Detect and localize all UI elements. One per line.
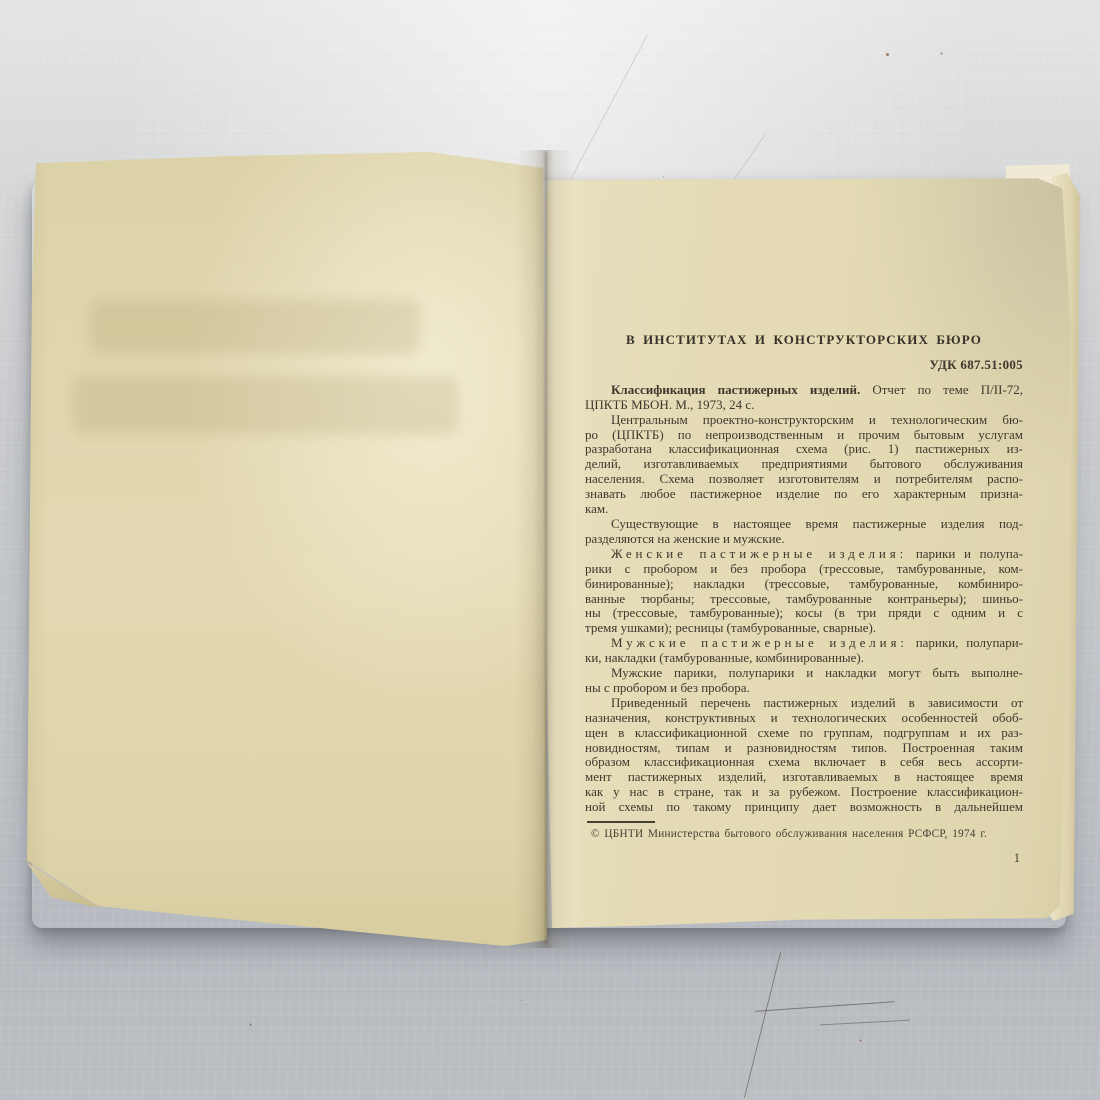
text-line: рики с пробором и без пробора (трессовые… [585,562,1023,577]
text-line: Центральным проектно-конструкторским и т… [585,413,1023,428]
copyright-line: © ЦБНТИ Министерства бытового обслуживан… [585,827,1023,842]
text-line: ки, накладки (тамбурованные, комбинирова… [585,651,1023,666]
text-line: тремя ушками); ресницы (тамбурованные, с… [585,621,1023,636]
text-line: ной схемы по такому принципу дает возмож… [585,800,1023,815]
text-line: ро (ЦПКТБ) по непроизводственным и прочи… [585,428,1023,443]
paragraph: Мужские пастижерные изделия: парики, пол… [585,636,1023,666]
paragraph: Центральным проектно-конструкторским и т… [585,413,1023,517]
text-line: знавать любое пастижерное изделие по его… [585,487,1023,502]
show-through-text-smudge [73,376,458,434]
surface-scratch [820,1020,910,1026]
text-line: ванные тюрбаны; трессовые, тамбурованные… [585,592,1023,607]
paragraph: Женские пастижерные изделия: парики и по… [585,547,1023,636]
text-line: ЦПКТБ МБОН. М., 1973, 24 с. [585,398,1023,413]
paragraph: Классификация пастижерных изделий. Отчет… [585,383,1023,413]
text-line: Женские пастижерные изделия: парики и по… [585,547,1023,562]
right-page: В ИНСТИТУТАХ И КОНСТРУКТОРСКИХ БЮРО УДК … [543,170,1075,928]
section-header: В ИНСТИТУТАХ И КОНСТРУКТОРСКИХ БЮРО [585,333,1023,348]
text-line: Классификация пастижерных изделий. Отчет… [585,383,1023,398]
left-page [18,148,548,948]
page-number: 1 [585,851,1023,866]
text-line: Приведенный перечень пастижерных изделий… [585,696,1023,711]
udk-number: УДК 687.51:005 [585,358,1023,373]
photo-surface: В ИНСТИТУТАХ И КОНСТРУКТОРСКИХ БЮРО УДК … [0,0,1100,1100]
show-through-text-smudge [90,300,420,354]
copyright-rule [587,821,655,823]
text-line: разработана классификационная схема (рис… [585,442,1023,457]
paragraph: Существующие в настоящее время пастижерн… [585,517,1023,547]
surface-specks [0,0,1,1]
text-line: разделяются на женские и мужские. [585,532,1023,547]
text-line: новидностям, типам и разновидностям типо… [585,741,1023,756]
paragraph: Мужские парики, полупарики и накладки мо… [585,666,1023,696]
text-line: как у нас в стране, так и за рубежом. По… [585,785,1023,800]
text-line: образом классификационная схема включает… [585,755,1023,770]
text-line: щен в классификационной схеме по группам… [585,726,1023,741]
text-line: назначения, конструктивных и технологиче… [585,711,1023,726]
surface-scratch [567,35,648,186]
text-line: Мужские парики, полупарики и накладки мо… [585,666,1023,681]
text-line: кам. [585,502,1023,517]
text-line: ны (трессовые, тамбурованные); косы (в т… [585,606,1023,621]
text-line: мент пастижерных изделий, изготавливаемы… [585,770,1023,785]
text-line: делий, изготавливаемых предприятиями быт… [585,457,1023,472]
text-line: бинированные); накладки (трессовые, тамб… [585,577,1023,592]
text-line: Существующие в настоящее время пастижерн… [585,517,1023,532]
text-line: населения. Схема позволяет изготовителям… [585,472,1023,487]
page-text-column: В ИНСТИТУТАХ И КОНСТРУКТОРСКИХ БЮРО УДК … [585,333,1023,866]
text-line: Мужские пастижерные изделия: парики, пол… [585,636,1023,651]
surface-scratch [755,1001,895,1012]
paragraph: Приведенный перечень пастижерных изделий… [585,696,1023,815]
paragraph-block: Классификация пастижерных изделий. Отчет… [585,383,1023,815]
text-line: ны с пробором и без пробора. [585,681,1023,696]
surface-scratch [744,952,781,1098]
